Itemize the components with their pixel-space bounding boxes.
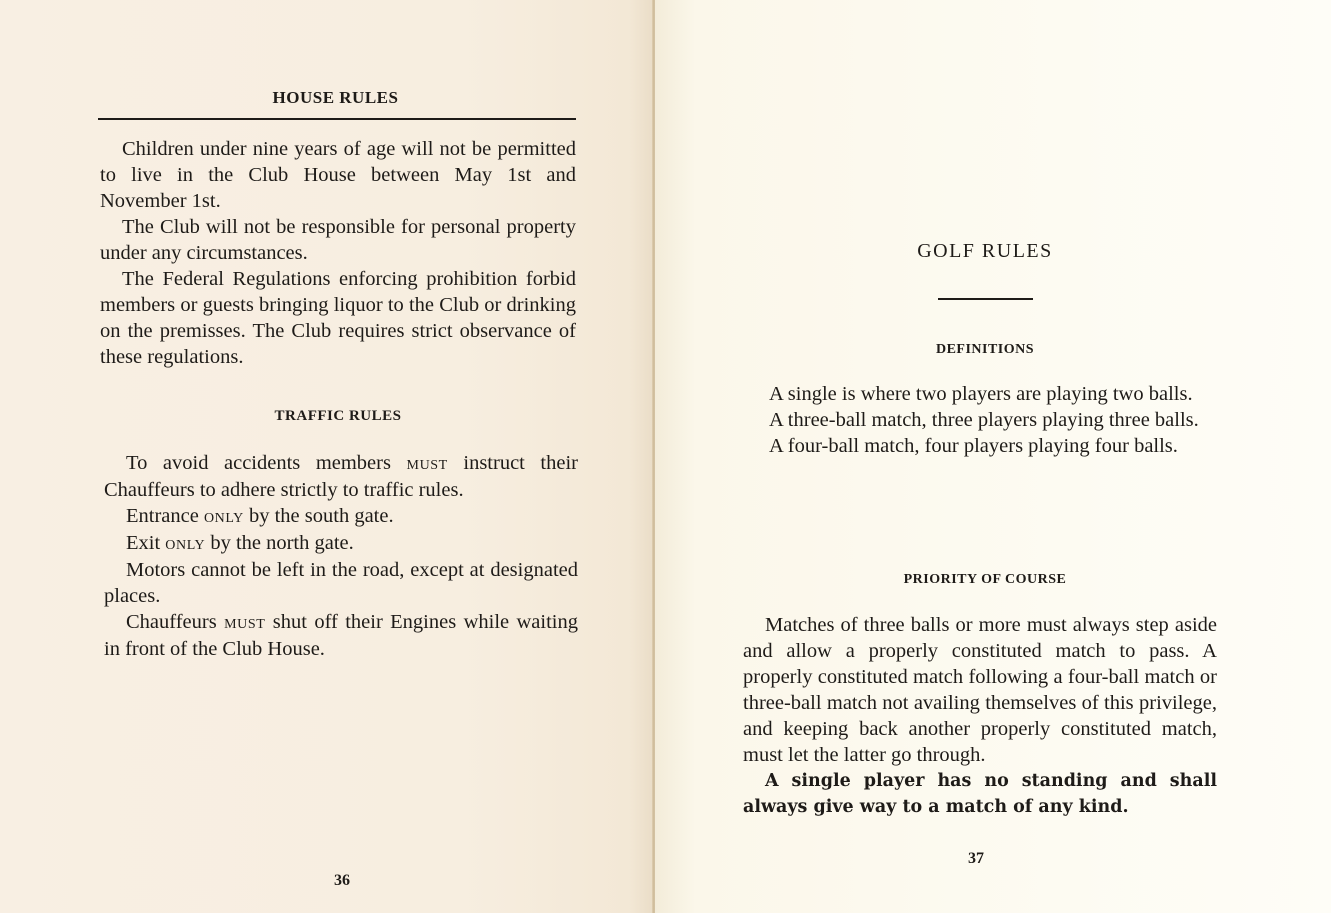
right-page: GOLF RULES DEFINITIONS A single is where… — [655, 0, 1331, 913]
traffic-rule-paragraph: Exit only by the north gate. — [104, 530, 578, 557]
traffic-rules-title: TRAFFIC RULES — [98, 408, 578, 425]
left-page: HOUSE RULES Children under nine years of… — [0, 0, 655, 913]
house-rules-text: Children under nine years of age will no… — [100, 136, 576, 370]
definitions-text: A single is where two players are playin… — [747, 381, 1221, 459]
priority-of-course-title: PRIORITY OF COURSE — [740, 572, 1230, 588]
emphasis-only: only — [204, 506, 244, 527]
title-rule — [938, 298, 1033, 300]
golf-rules-title: GOLF RULES — [740, 240, 1230, 263]
traffic-rule-paragraph: Chauffeurs must shut off their Engines w… — [104, 609, 578, 662]
priority-text: Matches of three balls or more must alwa… — [743, 612, 1217, 820]
house-rule-paragraph: Children under nine years of age will no… — [100, 136, 576, 214]
definition-paragraph: A three-ball match, three players playin… — [747, 407, 1221, 433]
page-number-left: 36 — [312, 872, 372, 890]
priority-paragraph: Matches of three balls or more must alwa… — [743, 612, 1217, 768]
emphasis-must: must — [224, 612, 265, 633]
traffic-rules-text: To avoid accidents members must instruct… — [104, 450, 578, 662]
traffic-rule-paragraph: To avoid accidents members must instruct… — [104, 450, 578, 503]
emphasis-only: only — [165, 533, 205, 554]
single-player-rule: A single player has no standing and shal… — [743, 768, 1217, 820]
page-number-right: 37 — [946, 850, 1006, 868]
house-rule-paragraph: The Federal Regulations enforcing prohib… — [100, 266, 576, 370]
traffic-rule-paragraph: Entrance only by the south gate. — [104, 503, 578, 530]
house-rules-header: HOUSE RULES — [98, 88, 573, 108]
header-rule — [98, 118, 576, 120]
emphasis-must: must — [407, 453, 448, 474]
definition-paragraph: A four-ball match, four players playing … — [747, 433, 1221, 459]
traffic-rule-paragraph: Motors cannot be left in the road, excep… — [104, 557, 578, 609]
definitions-title: DEFINITIONS — [740, 342, 1230, 358]
definition-paragraph: A single is where two players are playin… — [747, 381, 1221, 407]
house-rule-paragraph: The Club will not be responsible for per… — [100, 214, 576, 266]
